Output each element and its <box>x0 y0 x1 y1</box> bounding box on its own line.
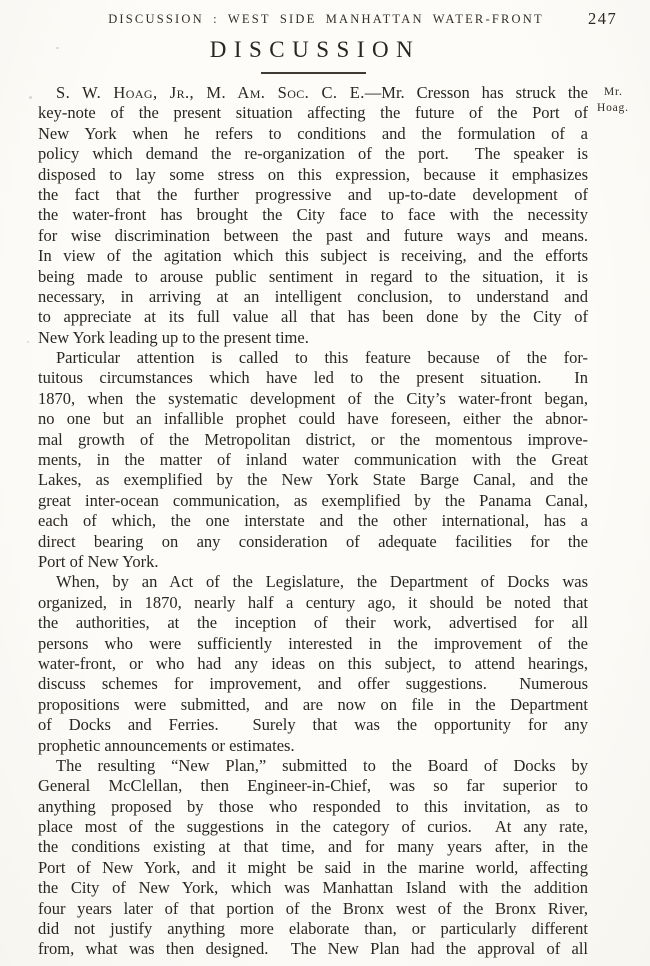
text-line: New York leading up to the present time. <box>38 328 588 348</box>
text-line: place most of the suggestions in the cat… <box>38 817 588 837</box>
text-line-rest: —Mr. Cresson has struck the <box>365 83 588 102</box>
text-line: policy which demand the re-organization … <box>38 144 588 164</box>
text-line: no one but an infallible prophet could h… <box>38 409 588 429</box>
text-line: key-note of the present situation affect… <box>38 103 588 123</box>
text-line: the fact that the further progressive an… <box>38 185 588 205</box>
text-line: 1870, when the systematic development of… <box>38 389 588 409</box>
text-line: four years later of that portion of the … <box>38 899 588 919</box>
text-line: direct bearing on any consideration of a… <box>38 532 588 552</box>
text-line: anything proposed by those who responded… <box>38 797 588 817</box>
text-line: S. W. Hoag, Jr., M. Am. Soc. C. E.—Mr. C… <box>38 83 588 103</box>
scan-speck <box>27 341 29 343</box>
text-line: of Docks and Ferries. Surely that was th… <box>38 715 588 735</box>
paragraph-3: When, by an Act of the Legislature, the … <box>38 572 588 756</box>
page-number: 247 <box>588 9 617 29</box>
running-header-title: DISCUSSION : WEST SIDE MANHATTAN WATER-F… <box>38 12 614 27</box>
text-line: In view of the agitation which this subj… <box>38 246 588 266</box>
text-line: the water-front has brought the City fac… <box>38 205 588 225</box>
text-line: tuitous circumstances which have led to … <box>38 368 588 388</box>
text-line: New York when he refers to conditions an… <box>38 124 588 144</box>
paragraph-4: The resulting “New Plan,” submitted to t… <box>38 756 588 960</box>
text-line: Port of New York. <box>38 552 588 572</box>
text-line: each of which, the one interstate and th… <box>38 511 588 531</box>
text-line: great inter-ocean communication, as exem… <box>38 491 588 511</box>
text-line: propositions were submitted, and are now… <box>38 695 588 715</box>
text-line: to appreciate at its full value all that… <box>38 307 588 327</box>
text-line: being made to arouse public sentiment in… <box>38 267 588 287</box>
book-page: DISCUSSION : WEST SIDE MANHATTAN WATER-F… <box>0 0 650 966</box>
text-line: persons who were sufficiently interested… <box>38 634 588 654</box>
paragraph-1: S. W. Hoag, Jr., M. Am. Soc. C. E.—Mr. C… <box>38 83 588 348</box>
text-line: mal growth of the Metropolitan district,… <box>38 430 588 450</box>
title-rule-divider <box>261 72 366 74</box>
text-line: disposed to lay some stress on this expr… <box>38 165 588 185</box>
text-line: When, by an Act of the Legislature, the … <box>38 572 588 592</box>
margin-note-line2: Hoag. <box>597 100 649 116</box>
scan-speck <box>29 96 32 99</box>
margin-note-line1: Mr. <box>604 84 649 100</box>
speaker-name: S. W. Hoag, Jr., M. Am. Soc. C. E. <box>56 83 365 102</box>
paragraph-2: Particular attention is called to this f… <box>38 348 588 572</box>
text-line: from, what was then designed. The New Pl… <box>38 939 588 959</box>
text-line: organized, in 1870, nearly half a centur… <box>38 593 588 613</box>
text-line: Port of New York, and it might be said i… <box>38 858 588 878</box>
text-line: for wise discrimination between the past… <box>38 226 588 246</box>
text-line: ments, in the matter of inland water com… <box>38 450 588 470</box>
text-line: did not justify anything more elaborate … <box>38 919 588 939</box>
text-line: discuss schemes for improvement, and off… <box>38 674 588 694</box>
text-line: Lakes, as exemplified by the New York St… <box>38 470 588 490</box>
text-line: prophetic announcements or estimates. <box>38 736 588 756</box>
page-body: S. W. Hoag, Jr., M. Am. Soc. C. E.—Mr. C… <box>38 83 588 960</box>
text-line: the conditions existing at that time, an… <box>38 837 588 857</box>
margin-note-speaker: Mr. Hoag. <box>597 84 649 116</box>
text-line: General McClellan, then Engineer-in-Chie… <box>38 776 588 796</box>
text-line: The resulting “New Plan,” submitted to t… <box>38 756 588 776</box>
text-line: the authorities, at the inception of the… <box>38 613 588 633</box>
text-line: the City of New York, which was Manhatta… <box>38 878 588 898</box>
text-line: water-front, or who had any ideas on thi… <box>38 654 588 674</box>
text-line: necessary, in arriving at an intelligent… <box>38 287 588 307</box>
section-title: DISCUSSION <box>38 37 588 63</box>
text-line: Particular attention is called to this f… <box>38 348 588 368</box>
